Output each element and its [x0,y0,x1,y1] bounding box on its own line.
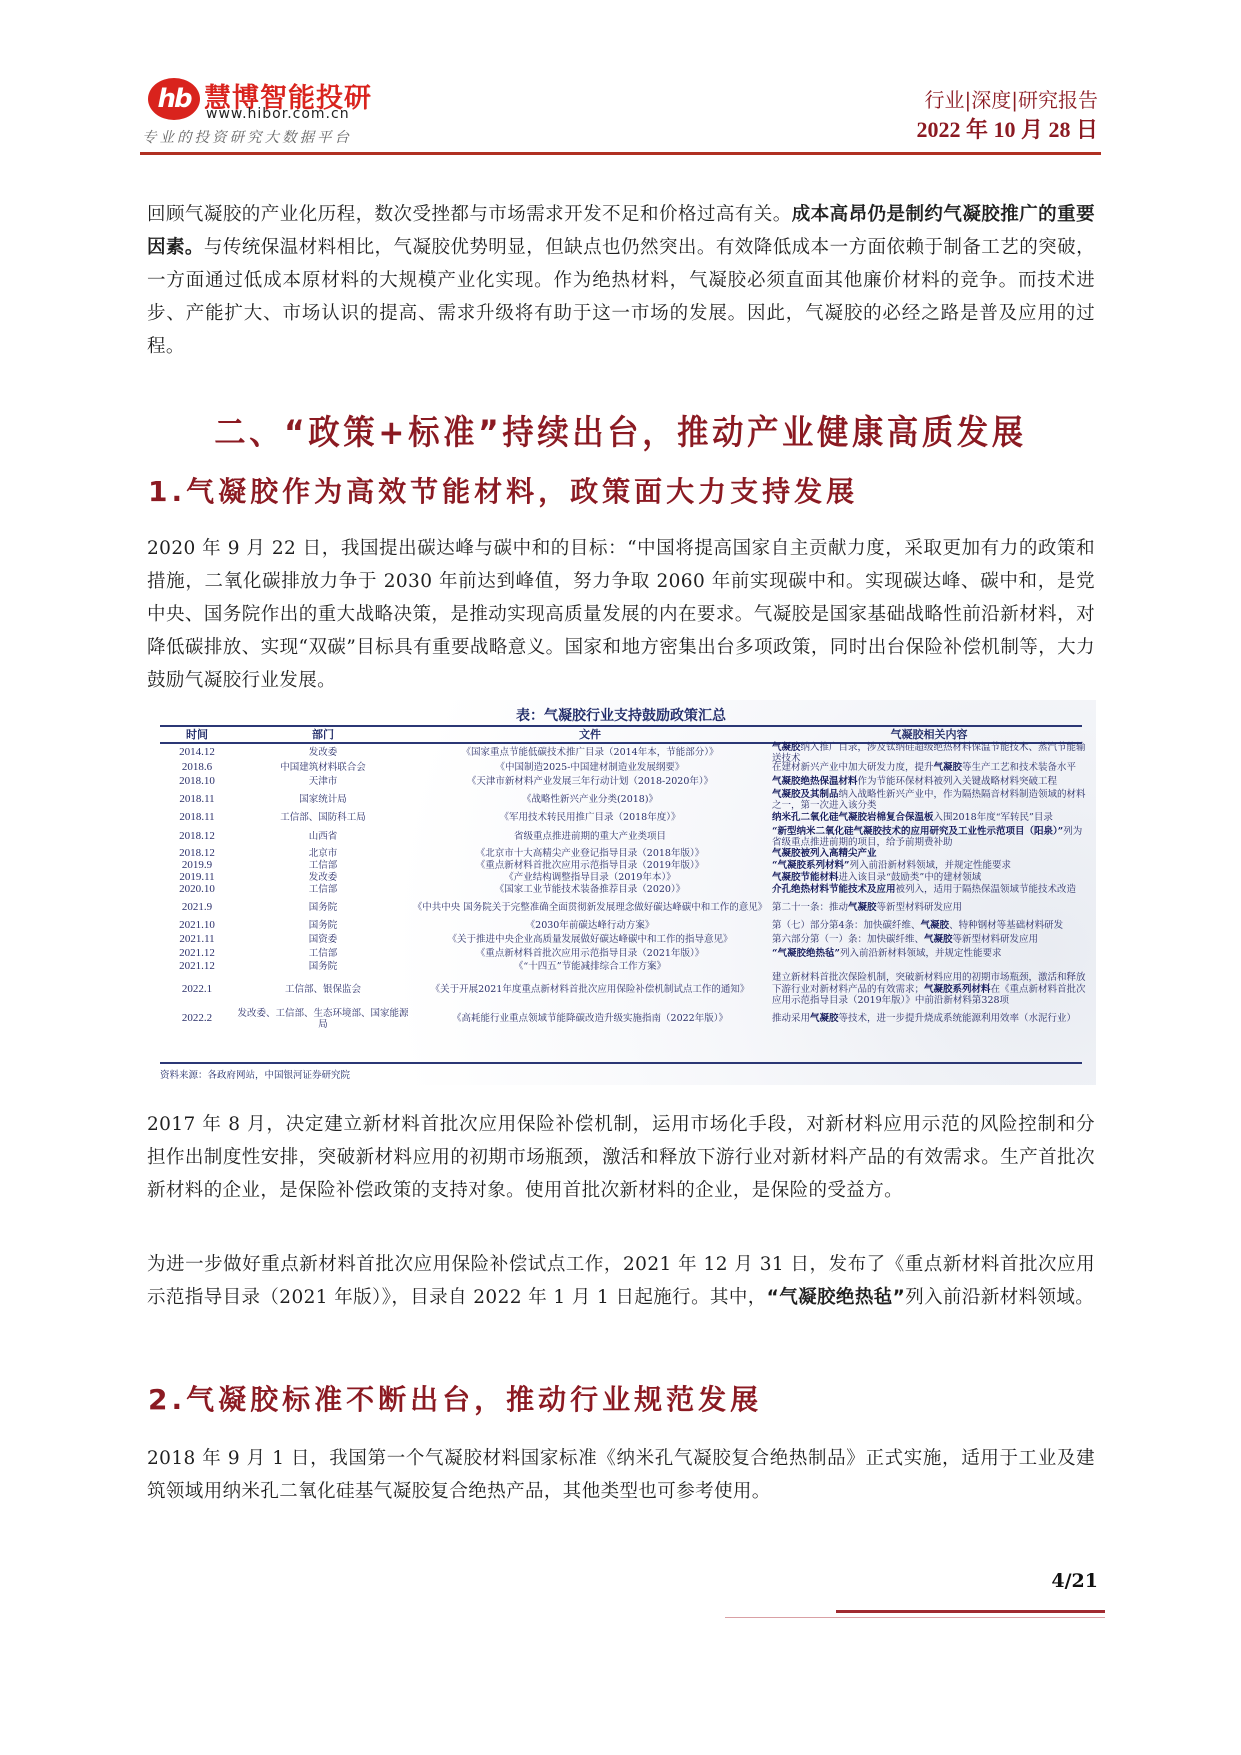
row-doc: 《产业结构调整指导目录（2019年本）》 [412,872,768,884]
table-row: 2020.10工信部《国家工业节能技术装备推荐目录（2020）》介孔绝热材料节能… [160,884,1082,896]
row-content: 在建材新兴产业中加大研发力度，提升气凝胶等生产工艺和技术装备水平 [772,761,1086,775]
row-content-pre: 在建材新兴产业中加大研发力度，提升 [772,762,934,773]
table-row: 2018.6中国建筑材料联合会《中国制造2025-中国建材制造业发展纲要》在建材… [160,761,1082,775]
row-content-bold: “气凝胶系列材料” [772,860,849,871]
row-doc: 《关于推进中央企业高质量发展做好碳达峰碳中和工作的指导意见》 [412,933,768,947]
row-content-rest: 等新型材料研发应用 [953,934,1039,945]
row-dept: 中国建筑材料联合会 [234,761,412,775]
table-header-doc: 文件 [412,727,768,742]
intro-text-rest: 与传统保温材料相比，气凝胶优势明显，但缺点也仍然突出。有效降低成本一方面依赖于制… [147,237,1095,357]
table-row: 2014.12发改委《国家重点节能低碳技术推广目录（2014年本，节能部分）》气… [160,746,1082,760]
table-header-time: 时间 [160,727,234,742]
row-content: 第（七）部分第4条：加快碳纤维、气凝胶、特种钢材等基础材料研发 [772,919,1086,933]
row-content-rest: 等新型材料研发应用 [877,902,963,913]
row-doc: 《关于开展2021年度重点新材料首批次应用保险补偿机制试点工作的通知》 [412,973,768,1006]
row-content-rest: 等技术，进一步提升烧成系统能源利用效率（水泥行业） [839,1013,1077,1024]
catalog-bold-text: “气凝胶绝热毡” [767,1287,906,1308]
row-content: 纳米孔二氧化硅气凝胶岩棉复合保温板入围2018年度“军转民”目录 [772,811,1086,825]
row-content-bold: 气凝胶 [772,742,801,753]
row-content-rest: 列入前沿新材料领域，并规定性能要求 [849,860,1011,871]
row-doc: 《重点新材料首批次应用示范指导目录（2019年版）》 [412,860,768,872]
row-time: 2021.10 [160,919,234,933]
subsection-2-title: 2.气凝胶标准不断出台，推动行业规范发展 [148,1378,762,1418]
row-dept: 国务院 [234,919,412,933]
row-dept: 国家统计局 [234,789,412,811]
row-dept: 发改委 [234,872,412,884]
row-doc: 《天津市新材料产业发展三年行动计划（2018-2020年）》 [412,775,768,789]
row-dept: 工信部、国防科工局 [234,811,412,825]
footer-divider-thin [725,1617,1105,1618]
report-meta: 行业|深度|研究报告 2022 年 10 月 28 日 [916,86,1098,146]
row-content-bold: 气凝胶被列入高精尖产业 [772,848,877,859]
row-doc: 《2030年前碳达峰行动方案》 [412,919,768,933]
row-content-pre: 第（七）部分第4条：加快碳纤维、 [772,920,921,931]
row-content: 第六部分第（一）条：加快碳纤维、气凝胶等新型材料研发应用 [772,933,1086,947]
table-row: 2019.11发改委《产业结构调整指导目录（2019年本）》气凝胶节能材料进入该… [160,872,1082,884]
table-row: 2018.11工信部、国防科工局《军用技术转民用推广目录（2018年度）》纳米孔… [160,811,1082,825]
row-time: 2019.11 [160,872,234,884]
subsection-1-title: 1.气凝胶作为高效节能材料，政策面大力支持发展 [148,470,858,510]
row-doc: 《国家重点节能低碳技术推广目录（2014年本，节能部分）》 [412,746,768,760]
table-source: 资料来源：各政府网站，中国银河证券研究院 [160,1067,350,1081]
row-time: 2018.12 [160,848,234,860]
logo-tagline: 专业的投资研究大数据平台 [142,126,352,147]
row-doc: 《军用技术转民用推广目录（2018年度）》 [412,811,768,825]
row-content-rest: 作为节能环保材料被列入关键战略材料突破工程 [858,776,1058,787]
table-row: 2021.11国资委《关于推进中央企业高质量发展做好碳达峰碳中和工作的指导意见》… [160,933,1082,947]
row-dept: 北京市 [234,848,412,860]
row-content: 气凝胶绝热保温材料作为节能环保材料被列入关键战略材料突破工程 [772,775,1086,789]
table-row: 2021.12工信部《重点新材料首批次应用示范指导目录（2021年版）》“气凝胶… [160,947,1082,960]
row-content-bold: 纳米孔二氧化硅气凝胶岩棉复合保温板 [772,812,934,823]
row-dept: 天津市 [234,775,412,789]
row-time: 2021.9 [160,897,234,919]
row-time: 2022.2 [160,1006,234,1032]
row-content-bold: 气凝胶 [810,1013,839,1024]
row-dept: 发改委、工信部、生态环境部、国家能源局 [234,1006,412,1032]
carbon-goal-paragraph: 2020 年 9 月 22 日，我国提出碳达峰与碳中和的目标：“中国将提高国家自… [147,532,1095,697]
catalog-text-rest: 列入前沿新材料领域。 [905,1287,1094,1308]
row-time: 2019.9 [160,860,234,872]
row-doc: 《中共中央 国务院关于完整准确全面贯彻新发展理念做好碳达峰碳中和工作的意见》 [412,897,768,919]
row-dept: 工信部 [234,884,412,896]
row-time: 2018.12 [160,826,234,848]
row-content: “新型纳米二氧化硅气凝胶技术的应用研究及工业性示范项目（阳泉）”列为省级重点推进… [772,826,1086,848]
row-dept: 发改委 [234,746,412,760]
row-dept: 山西省 [234,826,412,848]
row-time: 2021.11 [160,933,234,947]
row-doc: 《国家工业节能技术装备推荐目录（2020）》 [412,884,768,896]
table-row: 2021.10国务院《2030年前碳达峰行动方案》第（七）部分第4条：加快碳纤维… [160,919,1082,933]
standard-paragraph: 2018 年 9 月 1 日，我国第一个气凝胶材料国家标准《纳米孔气凝胶复合绝热… [147,1442,1095,1508]
table-row: 2019.9工信部《重点新材料首批次应用示范指导目录（2019年版）》“气凝胶系… [160,860,1082,872]
row-dept: 国务院 [234,960,412,973]
row-time: 2018.11 [160,789,234,811]
row-doc: 《战略性新兴产业分类(2018)》 [412,789,768,811]
row-content-bold: 气凝胶绝热保温材料 [772,776,858,787]
row-doc: 《北京市十大高精尖产业登记指导目录（2018年版）》 [412,848,768,860]
row-content: “气凝胶系列材料”列入前沿新材料领域，并规定性能要求 [772,860,1086,872]
row-content-bold: 气凝胶 [924,934,953,945]
row-content: 介孔绝热材料节能技术及应用被列入，适用于隔热保温领域节能技术改造 [772,884,1086,896]
row-content-bold: 气凝胶系列材料 [924,984,991,995]
row-dept: 国资委 [234,933,412,947]
table-header-content: 气凝胶相关内容 [772,727,1086,742]
row-doc: 《重点新材料首批次应用示范指导目录（2021年版）》 [412,947,768,960]
hibor-logo: hb 慧博智能投研 www.hibor.com.cn 专业的投资研究大数据平台 [148,78,388,148]
row-content-bold: 气凝胶 [934,762,963,773]
footer-divider [836,1610,1105,1613]
table-row: 2018.10天津市《天津市新材料产业发展三年行动计划（2018-2020年）》… [160,775,1082,789]
intro-paragraph: 回顾气凝胶的产业化历程，数次受挫都与市场需求开发不足和价格过高有关。成本高昂仍是… [147,198,1095,363]
row-content-bold: 气凝胶及其制品 [772,789,839,800]
insurance-2017-paragraph: 2017 年 8 月，决定建立新材料首批次应用保险补偿机制，运用市场化手段，对新… [147,1108,1095,1207]
row-content: 气凝胶纳入推广目录，涉及钛纳硅超级绝热材料保温节能技术、蒸汽节能输送技术 [772,746,1086,760]
row-content-rest: 被列入，适用于隔热保温领域节能技术改造 [896,884,1077,895]
catalog-2021-paragraph: 为进一步做好重点新材料首批次应用保险补偿试点工作，2021 年 12 月 31 … [147,1248,1095,1314]
row-content: “气凝胶绝热毡”列入前沿新材料领域，并规定性能要求 [772,947,1086,960]
intro-text: 回顾气凝胶的产业化历程，数次受挫都与市场需求开发不足和价格过高有关。 [147,204,792,225]
row-content-rest: 等生产工艺和技术装备水平 [962,762,1076,773]
table-row: 2018.11国家统计局《战略性新兴产业分类(2018)》气凝胶及其制品纳入战略… [160,789,1082,811]
logo-badge-icon: hb [148,78,200,120]
row-time: 2014.12 [160,746,234,760]
row-content: 第二十一条：推动气凝胶等新型材料研发应用 [772,897,1086,919]
row-content-pre: 第二十一条：推动 [772,902,848,913]
row-content-bold: 介孔绝热材料节能技术及应用 [772,884,896,895]
page-number: 4/21 [1051,1570,1098,1592]
row-time: 2018.10 [160,775,234,789]
row-content-rest: 入围2018年度“军转民”目录 [934,812,1053,823]
table-row: 2018.12北京市《北京市十大高精尖产业登记指导目录（2018年版）》气凝胶被… [160,848,1082,860]
row-content-bold: “气凝胶绝热毡” [772,948,840,959]
row-content: 气凝胶及其制品纳入战略性新兴产业中，作为隔热隔音材料制造领域的材料之一，第一次进… [772,789,1086,811]
row-content-bold: “新型纳米二氧化硅气凝胶技术的应用研究及工业性示范项目（阳泉）” [772,826,1063,837]
header-divider [140,152,1101,155]
row-doc: 《高耗能行业重点领域节能降碳改造升级实施指南（2022年版）》 [412,1006,768,1032]
report-type: 行业|深度|研究报告 [916,86,1098,114]
table-header-dept: 部门 [234,727,412,742]
row-time: 2020.10 [160,884,234,896]
table-rule [160,1062,1082,1064]
table-row: 2022.1工信部、银保监会《关于开展2021年度重点新材料首批次应用保险补偿机… [160,973,1082,1006]
row-content: 推动采用气凝胶等技术，进一步提升烧成系统能源利用效率（水泥行业） [772,1006,1086,1032]
row-content-rest: 进入该目录“鼓励类”中的建材领域 [839,872,982,883]
policy-table: 表：气凝胶行业支持鼓励政策汇总 时间 部门 文件 气凝胶相关内容 2014.12… [146,700,1096,1085]
row-dept: 国务院 [234,897,412,919]
row-content-bold: 气凝胶 [848,902,877,913]
row-dept: 工信部、银保监会 [234,973,412,1006]
row-content-rest: 、特种钢材等基础材料研发 [949,920,1063,931]
row-doc: 省级重点推进前期的重大产业类项目 [412,826,768,848]
row-time: 2021.12 [160,947,234,960]
row-content: 建立新材料首批次保险机制，突破新材料应用的初期市场瓶颈，激活和释放下游行业对新材… [772,973,1086,1006]
row-content: 气凝胶节能材料进入该目录“鼓励类”中的建材领域 [772,872,1086,884]
section-title: 二、“政策+标准”持续出台，推动产业健康高质发展 [50,405,1192,454]
row-dept: 工信部 [234,860,412,872]
row-time: 2018.11 [160,811,234,825]
row-content-bold: 气凝胶 [921,920,950,931]
row-content-rest: 列入前沿新材料领域，并规定性能要求 [840,948,1002,959]
row-time: 2021.12 [160,960,234,973]
row-doc: 《“十四五”节能减排综合工作方案》 [412,960,768,973]
logo-url: www.hibor.com.cn [206,106,350,122]
row-doc: 《中国制造2025-中国建材制造业发展纲要》 [412,761,768,775]
table-row: 2022.2发改委、工信部、生态环境部、国家能源局《高耗能行业重点领域节能降碳改… [160,1006,1082,1032]
report-date: 2022 年 10 月 28 日 [916,114,1098,146]
table-row: 2021.9国务院《中共中央 国务院关于完整准确全面贯彻新发展理念做好碳达峰碳中… [160,897,1082,919]
row-content-pre: 第六部分第（一）条：加快碳纤维、 [772,934,924,945]
table-title: 表：气凝胶行业支持鼓励政策汇总 [146,705,1096,725]
row-content-pre: 推动采用 [772,1013,810,1024]
table-row: 2018.12山西省省级重点推进前期的重大产业类项目“新型纳米二氧化硅气凝胶技术… [160,826,1082,848]
row-dept: 工信部 [234,947,412,960]
row-content: 气凝胶被列入高精尖产业 [772,848,1086,860]
row-time: 2022.1 [160,973,234,1006]
row-time: 2018.6 [160,761,234,775]
row-content-bold: 气凝胶节能材料 [772,872,839,883]
